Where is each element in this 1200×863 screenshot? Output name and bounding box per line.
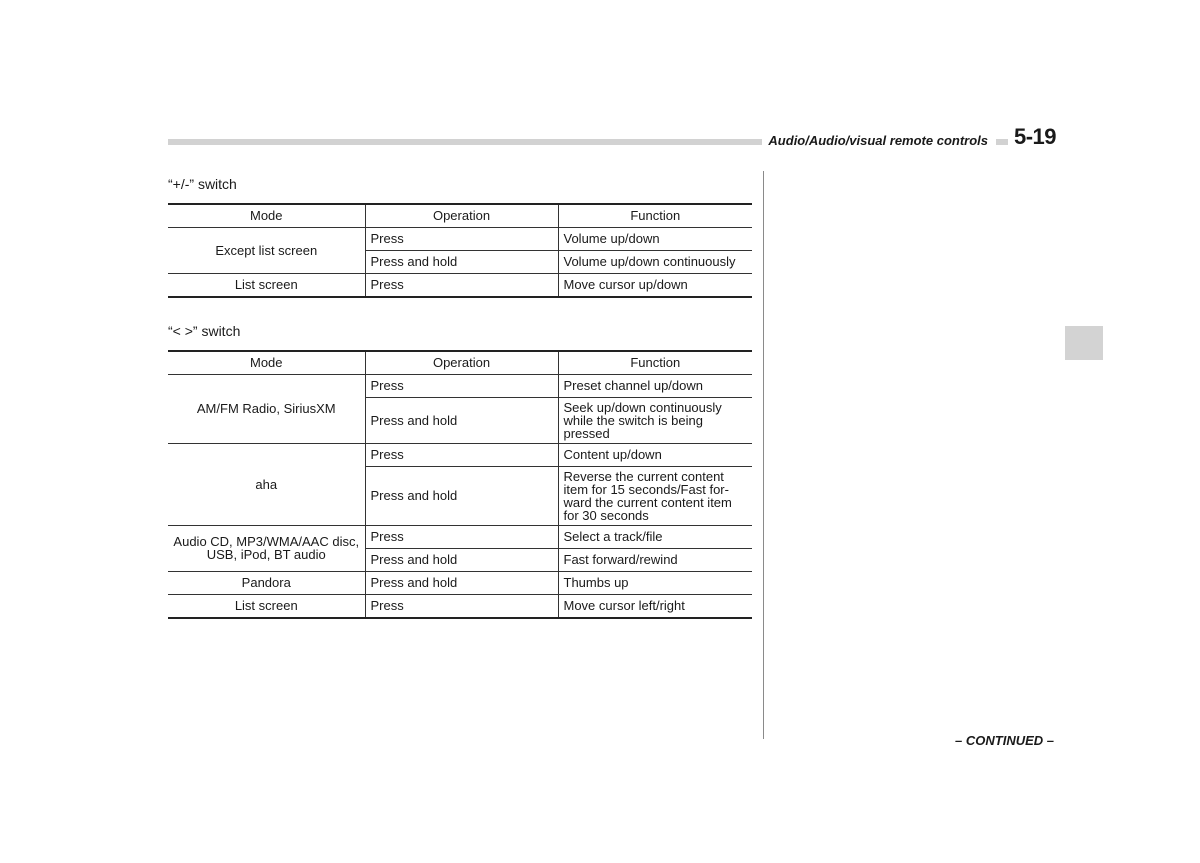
mode-cell: List screen	[168, 274, 365, 298]
operation-cell: Press	[365, 595, 558, 619]
mode-cell: Except list screen	[168, 228, 365, 274]
operation-cell: Press and hold	[365, 467, 558, 526]
chapter-thumb-tab	[1065, 326, 1103, 360]
operation-cell: Press	[365, 375, 558, 398]
header-rule	[168, 139, 768, 145]
operation-cell: Press	[365, 228, 558, 251]
mode-cell: Pandora	[168, 572, 365, 595]
function-cell: Volume up/down	[558, 228, 752, 251]
operation-cell: Press	[365, 526, 558, 549]
plus-minus-switch-title: “+/-” switch	[168, 176, 237, 192]
function-cell: Move cursor left/right	[558, 595, 752, 619]
column-header-function: Function	[558, 204, 752, 228]
table-row: aha Press Content up/down	[168, 444, 752, 467]
table-header-row: Mode Operation Function	[168, 351, 752, 375]
left-right-switch-title: “< >” switch	[168, 323, 240, 339]
column-header-mode: Mode	[168, 204, 365, 228]
function-cell: Volume up/down continuously	[558, 251, 752, 274]
operation-cell: Press and hold	[365, 251, 558, 274]
function-cell: Preset channel up/down	[558, 375, 752, 398]
column-header-mode: Mode	[168, 351, 365, 375]
mode-cell: AM/FM Radio, SiriusXM	[168, 375, 365, 444]
table-row: Pandora Press and hold Thumbs up	[168, 572, 752, 595]
mode-cell: List screen	[168, 595, 365, 619]
operation-cell: Press and hold	[365, 398, 558, 444]
table-header-row: Mode Operation Function	[168, 204, 752, 228]
column-divider	[763, 171, 764, 739]
function-cell: Reverse the current content item for 15 …	[558, 467, 752, 526]
table-row: List screen Press Move cursor left/right	[168, 595, 752, 619]
column-header-operation: Operation	[365, 204, 558, 228]
page-number: 5-19	[1012, 124, 1056, 150]
left-right-switch-table: Mode Operation Function AM/FM Radio, Sir…	[168, 350, 752, 619]
column-header-operation: Operation	[365, 351, 558, 375]
plus-minus-switch-table: Mode Operation Function Except list scre…	[168, 203, 752, 298]
column-header-function: Function	[558, 351, 752, 375]
function-cell: Thumbs up	[558, 572, 752, 595]
mode-cell: Audio CD, MP3/WMA/AAC disc, USB, iPod, B…	[168, 526, 365, 572]
table-row: List screen Press Move cursor up/down	[168, 274, 752, 298]
mode-cell: aha	[168, 444, 365, 526]
function-cell: Fast forward/rewind	[558, 549, 752, 572]
table-row: Except list screen Press Volume up/down	[168, 228, 752, 251]
operation-cell: Press	[365, 274, 558, 298]
table-row: Audio CD, MP3/WMA/AAC disc, USB, iPod, B…	[168, 526, 752, 549]
function-cell: Seek up/down continuously while the swit…	[558, 398, 752, 444]
operation-cell: Press and hold	[365, 549, 558, 572]
continued-label: – CONTINUED –	[955, 733, 1054, 748]
operation-cell: Press	[365, 444, 558, 467]
function-cell: Select a track/file	[558, 526, 752, 549]
function-cell: Content up/down	[558, 444, 752, 467]
operation-cell: Press and hold	[365, 572, 558, 595]
table-row: AM/FM Radio, SiriusXM Press Preset chann…	[168, 375, 752, 398]
section-header-title: Audio/Audio/visual remote controls	[762, 133, 996, 149]
function-cell: Move cursor up/down	[558, 274, 752, 298]
